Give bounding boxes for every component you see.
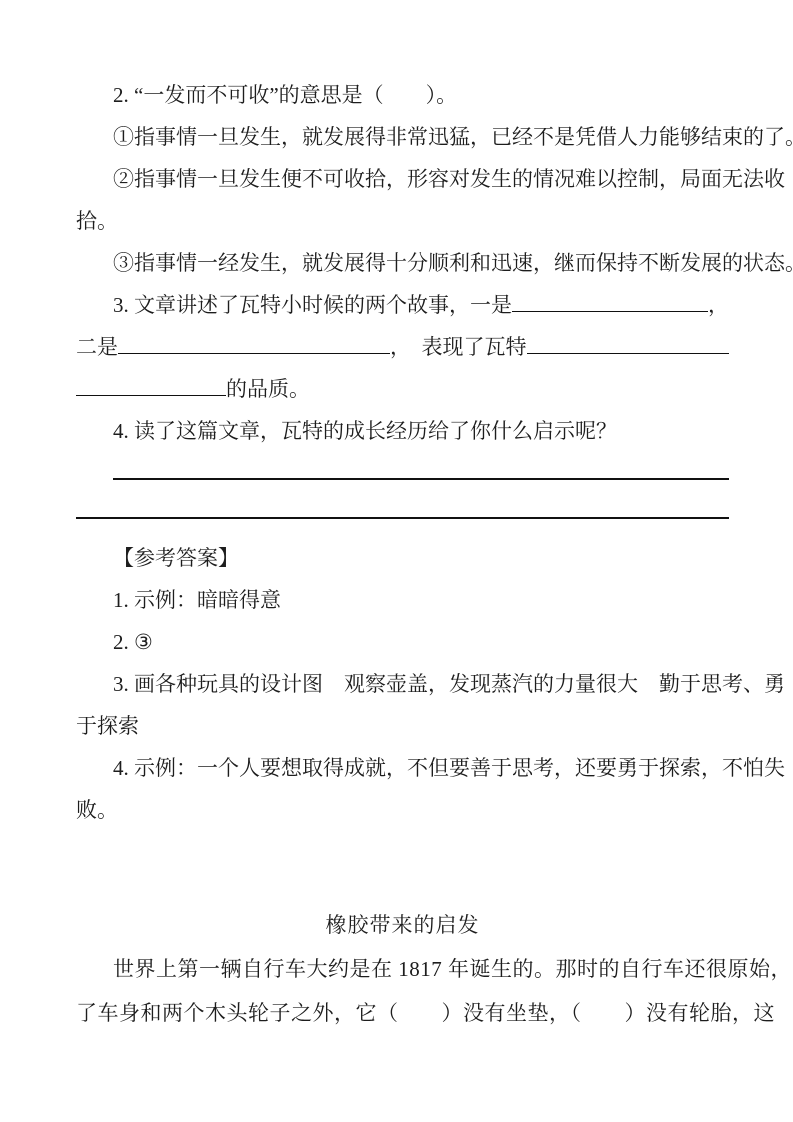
passage-section: 橡胶带来的启发 世界上第一辆自行车大约是在 1817 年诞生的。那时的自行车还很… (76, 903, 729, 1035)
passage-line-2: 了车身和两个木头轮子之外，它（ ）没有坐垫，（ ）没有轮胎，这 (76, 991, 729, 1035)
question-section: 2. “一发而不可收”的意思是（ ）。 ①指事情一旦发生，就发展得非常迅猛，已经… (76, 74, 729, 831)
question-3-line-1: 3. 文章讲述了瓦特小时候的两个故事，一是 ， (76, 284, 729, 326)
question-2-option-3: ③指事情一经发生，就发展得十分顺利和迅速，继而保持不断发展的状态。 (76, 242, 729, 284)
answer-3-line-1: 3. 画各种玩具的设计图 观察壶盖，发现蒸汽的力量很大 勤于思考、勇 (76, 663, 729, 705)
question-3-text: 3. 文章讲述了瓦特小时候的两个故事，一是 (113, 284, 512, 326)
question-3-suffix: 的品质。 (226, 368, 310, 410)
answer-4-line-1: 4. 示例：一个人要想取得成就，不但要善于思考，还要勇于探索，不怕失 (76, 747, 729, 789)
question-3-prefix: 二是 (76, 326, 118, 368)
question-3-line-3: 的品质。 (76, 368, 729, 410)
passage-title: 橡胶带来的启发 (76, 903, 729, 947)
answer-rule-line-2 (76, 480, 729, 519)
question-2-prompt: 2. “一发而不可收”的意思是（ ）。 (76, 74, 729, 116)
question-2-option-2-line-2: 拾。 (76, 200, 729, 242)
answer-2: 2. ③ (76, 621, 729, 663)
answer-1: 1. 示例：暗暗得意 (76, 579, 729, 621)
question-3-line-2: 二是 ， 表现了瓦特 (76, 326, 729, 368)
question-2-option-1: ①指事情一旦发生，就发展得非常迅猛，已经不是凭借人力能够结束的了。 (76, 116, 729, 158)
document-body: 2. “一发而不可收”的意思是（ ）。 ①指事情一旦发生，就发展得非常迅猛，已经… (0, 0, 793, 1035)
answer-rule-line-1 (113, 452, 729, 480)
question-3-middle: ， 表现了瓦特 (390, 326, 527, 368)
question-3-comma: ， (708, 284, 729, 326)
answer-3-line-2: 于探索 (76, 705, 729, 747)
answer-4-line-2: 败。 (76, 789, 729, 831)
passage-line-1: 世界上第一辆自行车大约是在 1817 年诞生的。那时的自行车还很原始，除 (76, 947, 729, 991)
question-2-option-2-line-1: ②指事情一旦发生便不可收拾，形容对发生的情况难以控制，局面无法收 (76, 158, 729, 200)
fill-in-blank (76, 372, 226, 396)
fill-in-blank (512, 288, 708, 312)
fill-in-blank (118, 330, 390, 354)
fill-in-blank (527, 330, 730, 354)
question-4-prompt: 4. 读了这篇文章，瓦特的成长经历给了你什么启示呢？ (76, 410, 729, 452)
worksheet-page: 2. “一发而不可收”的意思是（ ）。 ①指事情一旦发生，就发展得非常迅猛，已经… (0, 0, 793, 1122)
answer-key-header: 【参考答案】 (76, 537, 729, 579)
